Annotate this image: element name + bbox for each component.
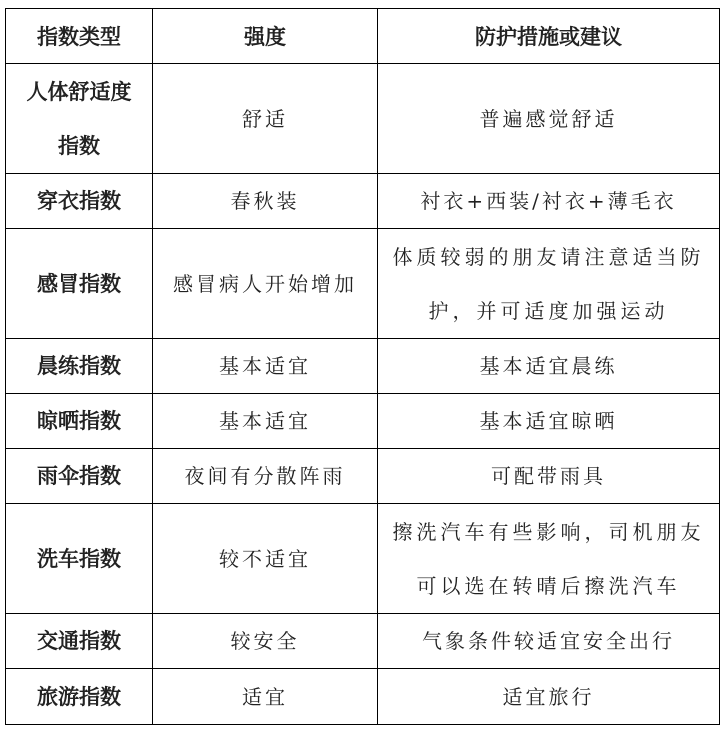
table-row: 人体舒适度 指数 舒适 普遍感觉舒适	[6, 64, 720, 174]
weather-index-table: 指数类型 强度 防护措施或建议 人体舒适度 指数 舒适 普遍感觉舒适 穿衣指数 …	[5, 8, 720, 725]
table-row: 洗车指数 较不适宜 擦洗汽车有些影响，司机朋友可以选在转晴后擦洗汽车	[6, 504, 720, 614]
index-type-cell: 交通指数	[6, 614, 153, 669]
table-row: 晨练指数 基本适宜 基本适宜晨练	[6, 339, 720, 394]
level-cell: 夜间有分散阵雨	[153, 449, 378, 504]
index-type-line: 指数	[58, 134, 100, 158]
level-cell: 适宜	[153, 669, 378, 725]
index-type-cell: 晨练指数	[6, 339, 153, 394]
level-cell: 较安全	[153, 614, 378, 669]
table-row: 晾晒指数 基本适宜 基本适宜晾晒	[6, 394, 720, 449]
index-type-line: 人体舒适度	[27, 80, 132, 104]
advice-cell: 普遍感觉舒适	[378, 64, 720, 174]
header-level: 强度	[153, 9, 378, 64]
level-cell: 基本适宜	[153, 394, 378, 449]
advice-cell: 适宜旅行	[378, 669, 720, 725]
index-type-cell: 人体舒适度 指数	[6, 64, 153, 174]
level-cell: 较不适宜	[153, 504, 378, 614]
index-type-cell: 旅游指数	[6, 669, 153, 725]
index-type-cell: 洗车指数	[6, 504, 153, 614]
header-row: 指数类型 强度 防护措施或建议	[6, 9, 720, 64]
advice-cell: 基本适宜晾晒	[378, 394, 720, 449]
table-row: 穿衣指数 春秋装 衬衣+西装/衬衣+薄毛衣	[6, 174, 720, 229]
level-cell: 基本适宜	[153, 339, 378, 394]
advice-cell: 体质较弱的朋友请注意适当防护，并可适度加强运动	[378, 229, 720, 339]
index-type-cell: 晾晒指数	[6, 394, 153, 449]
advice-cell: 擦洗汽车有些影响，司机朋友可以选在转晴后擦洗汽车	[378, 504, 720, 614]
advice-cell: 气象条件较适宜安全出行	[378, 614, 720, 669]
advice-cell: 衬衣+西装/衬衣+薄毛衣	[378, 174, 720, 229]
table-row: 雨伞指数 夜间有分散阵雨 可配带雨具	[6, 449, 720, 504]
index-type-cell: 感冒指数	[6, 229, 153, 339]
level-cell: 春秋装	[153, 174, 378, 229]
level-cell: 感冒病人开始增加	[153, 229, 378, 339]
table-row: 感冒指数 感冒病人开始增加 体质较弱的朋友请注意适当防护，并可适度加强运动	[6, 229, 720, 339]
level-cell: 舒适	[153, 64, 378, 174]
advice-cell: 可配带雨具	[378, 449, 720, 504]
advice-cell: 基本适宜晨练	[378, 339, 720, 394]
index-type-cell: 雨伞指数	[6, 449, 153, 504]
index-type-cell: 穿衣指数	[6, 174, 153, 229]
table-row: 交通指数 较安全 气象条件较适宜安全出行	[6, 614, 720, 669]
table-row: 旅游指数 适宜 适宜旅行	[6, 669, 720, 725]
header-advice: 防护措施或建议	[378, 9, 720, 64]
header-index-type: 指数类型	[6, 9, 153, 64]
